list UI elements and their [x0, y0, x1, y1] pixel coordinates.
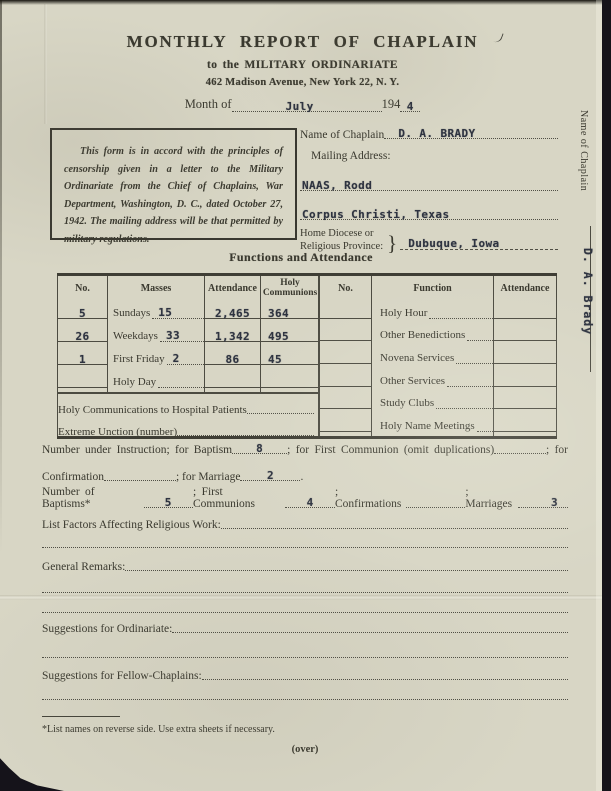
- blank-field: [42, 699, 568, 700]
- mass-field: [158, 387, 204, 388]
- marriage-instruction-field: 2: [240, 480, 300, 481]
- address-field-1: NAAS, Rodd: [300, 176, 558, 191]
- masses-header-row: No. Masses Attendance Holy Communions: [58, 276, 318, 300]
- cell-function: Other Services: [372, 368, 494, 391]
- numbers-mid3: ; Marriages: [465, 486, 518, 510]
- function-row-other-services: Other Services: [320, 368, 556, 391]
- header-attendance: Attendance: [494, 276, 556, 300]
- month-blank-field: July: [232, 111, 382, 112]
- function-label: Novena Services: [380, 353, 454, 364]
- chaplain-info: Name of Chaplain D. A. BRADY Mailing Add…: [300, 124, 558, 253]
- cell-no: [320, 300, 372, 323]
- ordinariate-address: 462 Madison Avenue, New York 22, N. Y.: [30, 77, 575, 88]
- hospital-communions-label: Holy Communications to Hospital Patients: [58, 404, 247, 416]
- masses-row-sundays: 5 Sundays15 2,465 364: [58, 300, 318, 323]
- confirmation-instruction-field: [104, 480, 176, 481]
- blank-field: [42, 547, 568, 548]
- instruction-line-1: Number under Instruction; for Baptism 8 …: [42, 440, 568, 456]
- function-row-holy-name-meetings: Holy Name Meetings: [320, 413, 556, 436]
- extreme-unction-label: Extreme Unction (number): [58, 426, 177, 438]
- numbers-line: Number of Baptisms* 5 ; First Communions…: [42, 494, 568, 510]
- cell-no: [320, 323, 372, 346]
- chaplain-name-label: Name of Chaplain: [300, 129, 384, 141]
- header-no: No.: [320, 276, 372, 300]
- chaplain-name-value: D. A. BRADY: [398, 127, 475, 140]
- factors-field: [221, 528, 568, 529]
- function-field: [467, 340, 493, 341]
- form-subtitle: to the MILITARY ORDINARIATE: [30, 59, 575, 71]
- month-label: Month of: [185, 97, 232, 112]
- mass-label: First Friday: [113, 354, 165, 365]
- fellow-chaplains-field: [202, 679, 568, 680]
- masses-table: No. Masses Attendance Holy Communions 5 …: [57, 276, 318, 436]
- functions-attendance-table: No. Masses Attendance Holy Communions 5 …: [57, 273, 557, 439]
- function-field: [456, 363, 493, 364]
- mass-value: 33: [166, 329, 180, 342]
- cell-communions: 45: [261, 346, 319, 369]
- cell-communions: [261, 369, 319, 392]
- scan-corner-bottom-left: [0, 751, 64, 791]
- scan-edge-left: [0, 0, 2, 554]
- factors-label: List Factors Affecting Religious Work:: [42, 519, 221, 531]
- mass-label: Sundays: [113, 308, 150, 319]
- mailing-address-line1: NAAS, Rodd: [300, 176, 558, 191]
- cell-no: 1: [58, 346, 108, 369]
- baptisms-field: 5: [144, 507, 194, 508]
- side-tab-label: Name of Chaplain: [578, 110, 589, 191]
- fold-crease: [0, 595, 602, 600]
- attendance-value: 2,465: [215, 307, 250, 320]
- fellow-chaplains-label: Suggestions for Fellow-Chaplains:: [42, 670, 202, 682]
- ordinariate-line: Suggestions for Ordinariate:: [42, 619, 568, 635]
- function-row-holy-hour: Holy Hour: [320, 300, 556, 323]
- chaplain-report-form: MONTHLY REPORT OF CHAPLAIN to the MILITA…: [0, 0, 611, 791]
- cell-attendance: [494, 391, 556, 414]
- form-header: MONTHLY REPORT OF CHAPLAIN to the MILITA…: [30, 32, 575, 113]
- hospital-communions-field: [247, 413, 314, 414]
- function-row-novena-services: Novena Services: [320, 345, 556, 368]
- ordinariate-field: [172, 632, 568, 633]
- masses-row-holy-day: Holy Day: [58, 369, 318, 392]
- cell-no: [320, 413, 372, 436]
- factors-line: List Factors Affecting Religious Work:: [42, 515, 568, 531]
- blank-field: [42, 592, 568, 593]
- cell-mass: First Friday2: [108, 346, 205, 369]
- month-line: Month ofJuly1944: [185, 97, 421, 112]
- cell-attendance: 1,342: [205, 323, 261, 346]
- functions-table: No. Function Attendance Holy Hour Other …: [320, 276, 557, 436]
- extreme-unction-field: [177, 435, 314, 436]
- address-value-2: Corpus Christi, Texas: [302, 208, 449, 221]
- function-field: [477, 431, 493, 432]
- cell-attendance: [494, 323, 556, 346]
- blank-line: [42, 579, 568, 595]
- masses-row-first-friday: 1 First Friday2 86 45: [58, 346, 318, 369]
- function-row-other-benedictions: Other Benedictions: [320, 323, 556, 346]
- cell-attendance: [494, 300, 556, 323]
- remarks-line: General Remarks:: [42, 557, 568, 573]
- header-no: No.: [58, 276, 108, 300]
- numbers-mid2: ; Confirmations: [335, 486, 406, 510]
- cell-function: Holy Name Meetings: [372, 413, 494, 436]
- mass-value: 2: [173, 352, 180, 365]
- functions-heading: Functions and Attendance: [0, 250, 602, 265]
- mass-field: 15: [152, 318, 204, 319]
- no-value: 5: [79, 307, 86, 320]
- scan-edge-top: [0, 0, 611, 5]
- cell-communions: 495: [261, 323, 319, 346]
- year-prefix: 194: [382, 97, 401, 112]
- cell-no: [320, 368, 372, 391]
- instruction-line1-mid: ; for First Communion (omit duplications…: [287, 444, 494, 456]
- baptism-instruction-field: 8: [232, 453, 287, 454]
- cell-function: Novena Services: [372, 345, 494, 368]
- year-blank-field: 4: [400, 111, 420, 112]
- scan-edge-right: [602, 0, 611, 791]
- year-value: 4: [407, 100, 414, 113]
- cell-mass: Holy Day: [108, 369, 205, 392]
- extreme-unction-line: Extreme Unction (number): [58, 419, 314, 438]
- header-attendance: Attendance: [205, 276, 261, 300]
- chaplain-name-line: Name of Chaplain D. A. BRADY: [300, 124, 558, 141]
- first-communion-instruction-field: [494, 453, 546, 454]
- cell-mass: Weekdays33: [108, 323, 205, 346]
- over-label: (over): [42, 744, 568, 755]
- blank-line: [42, 599, 568, 615]
- first-communions-value: 4: [307, 496, 314, 509]
- mass-label: Weekdays: [113, 331, 158, 342]
- function-field: [447, 386, 493, 387]
- confirmation-label: Confirmation: [42, 471, 104, 483]
- cell-no: [320, 345, 372, 368]
- communions-value: 45: [268, 353, 282, 366]
- baptism-instruction-value: 8: [256, 442, 263, 455]
- no-value: 26: [75, 330, 89, 343]
- censorship-notice-text: This form is in accord with the principl…: [64, 143, 283, 248]
- communions-value: 364: [268, 307, 289, 320]
- month-value: July: [286, 100, 314, 113]
- cell-function: Holy Hour: [372, 300, 494, 323]
- mass-label: Holy Day: [113, 377, 156, 388]
- marriages-field: 3: [518, 507, 568, 508]
- diocese-label-line1: Home Diocese or: [300, 228, 373, 239]
- remarks-field: [125, 570, 568, 571]
- function-field: [436, 408, 493, 409]
- cell-no: [58, 369, 108, 392]
- attendance-value: 1,342: [215, 330, 250, 343]
- numbers-lead: Number of Baptisms*: [42, 486, 144, 510]
- instruction-line2-end: .: [300, 471, 303, 483]
- function-label: Holy Name Meetings: [380, 421, 475, 432]
- cell-attendance: [494, 413, 556, 436]
- first-communions-field: 4: [285, 507, 335, 508]
- address-field-2: Corpus Christi, Texas: [300, 205, 558, 220]
- function-label: Other Benedictions: [380, 330, 465, 341]
- attendance-value: 86: [225, 353, 239, 366]
- cell-communions: 364: [261, 300, 319, 323]
- cell-function: Other Benedictions: [372, 323, 494, 346]
- function-field: [429, 318, 493, 319]
- cell-no: 5: [58, 300, 108, 323]
- cell-attendance: 86: [205, 346, 261, 369]
- remarks-label: General Remarks:: [42, 561, 125, 573]
- header-function: Function: [372, 276, 494, 300]
- cell-function: Study Clubs: [372, 391, 494, 414]
- masses-grid: No. Masses Attendance Holy Communions 5 …: [58, 276, 318, 394]
- cell-attendance: 2,465: [205, 300, 261, 323]
- marriage-instruction-value: 2: [267, 469, 274, 482]
- blank-field: [42, 612, 568, 613]
- function-label: Other Services: [380, 376, 445, 387]
- diocese-value: Dubuque, Iowa: [408, 237, 499, 250]
- functions-header-row: No. Function Attendance: [320, 276, 556, 300]
- mass-field: 2: [167, 364, 204, 365]
- chaplain-name-field: D. A. BRADY: [384, 138, 558, 139]
- numbers-mid1: ; First Communions: [193, 486, 285, 510]
- instruction-line1-lead: Number under Instruction; for Baptism: [42, 444, 232, 456]
- mailing-address-label: Mailing Address:: [300, 150, 558, 162]
- form-title: MONTHLY REPORT OF CHAPLAIN: [30, 32, 575, 52]
- header-holy-communions: Holy Communions: [261, 276, 319, 300]
- blank-line: [42, 686, 568, 702]
- fold-crease-vertical: [44, 4, 47, 124]
- masses-footer: Holy Communications to Hospital Patients…: [58, 394, 318, 438]
- address-value-1: NAAS, Rodd: [302, 179, 372, 192]
- function-label: Holy Hour: [380, 308, 427, 319]
- cell-attendance: [494, 368, 556, 391]
- ordinariate-label: Suggestions for Ordinariate:: [42, 623, 172, 635]
- marriage-instruction-label: ; for Marriage: [176, 471, 241, 483]
- table-body: No. Masses Attendance Holy Communions 5 …: [57, 276, 557, 436]
- marriages-value: 3: [551, 496, 558, 509]
- baptisms-value: 5: [165, 496, 172, 509]
- censorship-notice-box: This form is in accord with the principl…: [50, 128, 297, 240]
- header-masses: Masses: [108, 276, 205, 300]
- footnote-rule: [42, 716, 120, 718]
- masses-row-weekdays: 26 Weekdays33 1,342 495: [58, 323, 318, 346]
- blank-line: [42, 644, 568, 660]
- confirmations-field: [406, 507, 465, 508]
- cell-mass: Sundays15: [108, 300, 205, 323]
- fellow-chaplains-line: Suggestions for Fellow-Chaplains:: [42, 666, 568, 682]
- cell-no: [320, 391, 372, 414]
- footnote-text: *List names on reverse side. Use extra s…: [42, 724, 568, 735]
- function-label: Study Clubs: [380, 398, 434, 409]
- instruction-line-2: Confirmation ; for Marriage 2 .: [42, 467, 568, 483]
- cell-attendance: [494, 345, 556, 368]
- mass-value: 15: [158, 306, 172, 319]
- instruction-line1-tail: ; for: [546, 444, 568, 456]
- blank-field: [42, 657, 568, 658]
- no-value: 1: [79, 353, 86, 366]
- cell-attendance: [205, 369, 261, 392]
- blank-line: [42, 534, 568, 550]
- mailing-address-line2: Corpus Christi, Texas: [300, 205, 558, 220]
- hospital-communions-line: Holy Communications to Hospital Patients: [58, 397, 314, 416]
- communions-value: 495: [268, 330, 289, 343]
- function-row-study-clubs: Study Clubs: [320, 391, 556, 414]
- mass-field: 33: [160, 341, 204, 342]
- cell-no: 26: [58, 323, 108, 346]
